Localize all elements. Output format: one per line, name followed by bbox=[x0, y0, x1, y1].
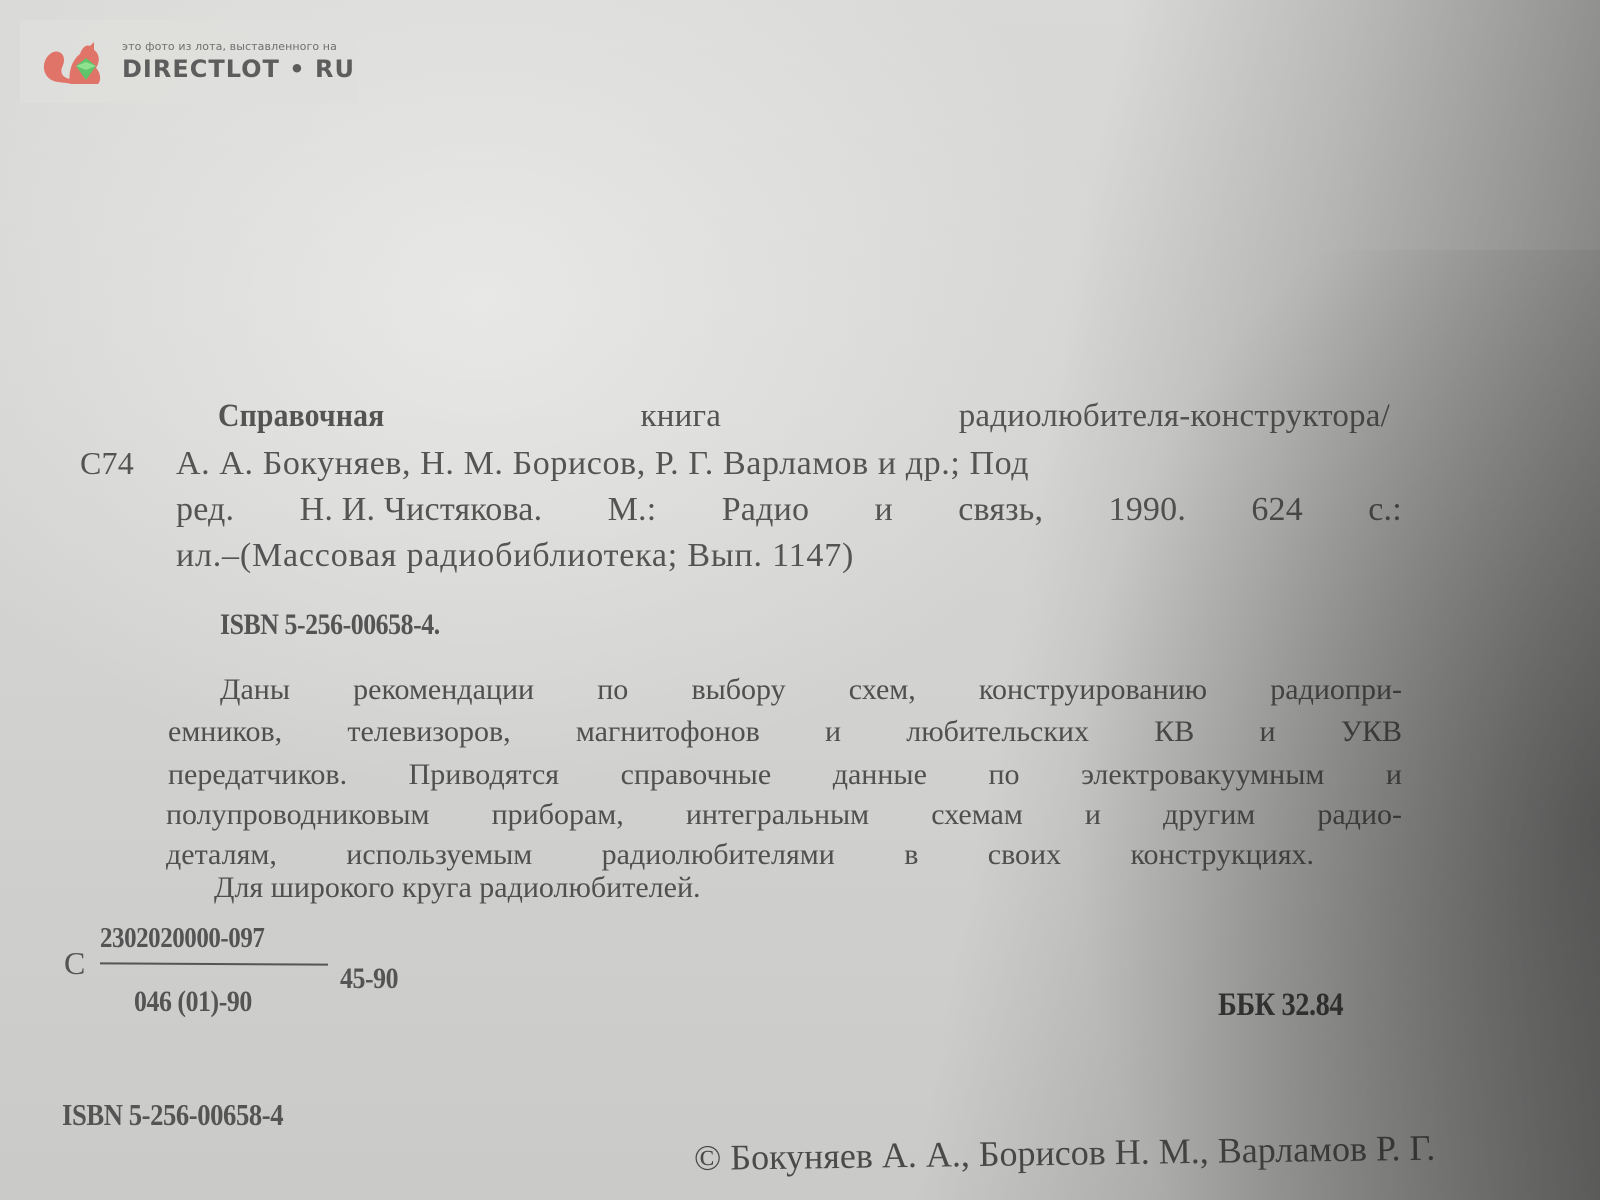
editor-word: ред. bbox=[176, 493, 234, 527]
annotation-line-3: передатчиков. Приводятся справочные данн… bbox=[168, 760, 1402, 790]
editor-word: 1990. bbox=[1109, 493, 1187, 527]
title-word-2: книга bbox=[641, 400, 722, 433]
title-line: Справочная книга радиолюбителя-конструкт… bbox=[218, 400, 1390, 433]
series-line: ил.–(Массовая радиобиблиотека; Вып. 1147… bbox=[176, 539, 854, 573]
isbn-main: ISBN 5-256-00658-4. bbox=[220, 608, 440, 642]
watermark-tagline: это фото из лота, выставленного на bbox=[122, 40, 355, 53]
classification-numerator: 2302020000-097 bbox=[100, 922, 264, 955]
copyright-text: Бокуняев А. А., Борисов Н. М., Варламов … bbox=[730, 1128, 1435, 1178]
book-page bbox=[0, 0, 1600, 1200]
editor-word: с.: bbox=[1368, 493, 1402, 527]
editor-word: 624 bbox=[1251, 493, 1303, 527]
annotation-line-1: Даны рекомендации по выбору схем, констр… bbox=[220, 675, 1402, 705]
squirrel-with-gem-icon bbox=[40, 32, 110, 92]
isbn-footer: ISBN 5-256-00658-4 bbox=[62, 1097, 283, 1133]
editor-word: связь, bbox=[958, 493, 1043, 527]
annotation-line-4: полупроводниковым приборам, интегральным… bbox=[166, 800, 1402, 830]
annotation-line-2: емников, телевизоров, магнитофонов и люб… bbox=[168, 717, 1402, 747]
bbk-code: ББК 32.84 bbox=[1218, 987, 1343, 1024]
classification-letter: С bbox=[64, 945, 85, 982]
annotation-audience: Для широкого круга радиолюбителей. bbox=[214, 873, 701, 903]
title-word-3: радиолюбителя-конструктора/ bbox=[959, 400, 1390, 433]
editor-word: Радио bbox=[722, 493, 810, 527]
annotation-line-5: деталям, используемым радиолюбителями в … bbox=[166, 840, 1314, 870]
index-code: С74 bbox=[80, 447, 134, 479]
editor-word: Н. И. Чистякова. bbox=[300, 493, 543, 527]
copyright-icon: © bbox=[694, 1138, 722, 1178]
directlot-watermark: это фото из лота, выставленного на DIREC… bbox=[20, 20, 358, 103]
authors-line: А. А. Бокуняев, Н. М. Борисов, Р. Г. Вар… bbox=[176, 447, 1400, 481]
classification-denominator: 046 (01)-90 bbox=[134, 985, 252, 1019]
watermark-brand: DIRECTLOT • RU bbox=[122, 55, 355, 83]
editor-line: ред. Н. И. Чистякова. М.: Радио и связь,… bbox=[176, 493, 1402, 527]
editor-word: и bbox=[875, 493, 893, 527]
editor-word: М.: bbox=[608, 493, 657, 527]
classification-suffix: 45-90 bbox=[340, 962, 398, 996]
title-word-1: Справочная bbox=[218, 400, 384, 433]
